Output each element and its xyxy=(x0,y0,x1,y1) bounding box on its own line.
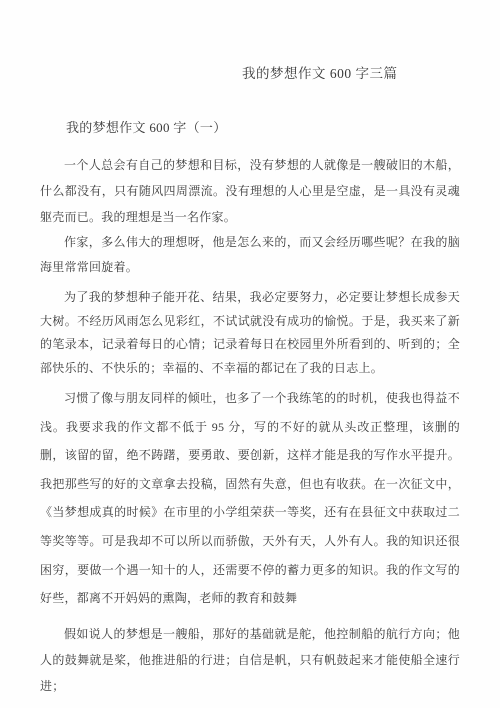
document-page: 我的梦想作文 600 字三篇 我的梦想作文 600 字（一） 一个人总会有自己的… xyxy=(0,0,500,708)
paragraph-5: 假如说人的梦想是一艘船，那好的基础就是舵，他控制船的航行方向；他人的鼓舞就是桨，… xyxy=(40,621,460,699)
paragraph-3: 为了我的梦想种子能开花、结果，我必定要努力，必定要让梦想长成参天大树。不经历风雨… xyxy=(40,286,460,380)
paragraph-2: 作家，多么伟大的理想呀，他是怎么来的，而又会经历哪些呢？在我的脑海里常常回旋着。 xyxy=(40,230,460,280)
document-title: 我的梦想作文 600 字三篇 xyxy=(242,0,460,82)
paragraph-1: 一个人总会有自己的梦想和目标，没有梦想的人就像是一艘破旧的木船，什么都没有，只有… xyxy=(40,152,460,230)
section-heading: 我的梦想作文 600 字（一） xyxy=(40,115,460,141)
paragraph-4: 习惯了像与朋友同样的倾吐，也多了一个我练笔的的时机，使我也得益不浅。我要求我的作… xyxy=(40,384,460,613)
